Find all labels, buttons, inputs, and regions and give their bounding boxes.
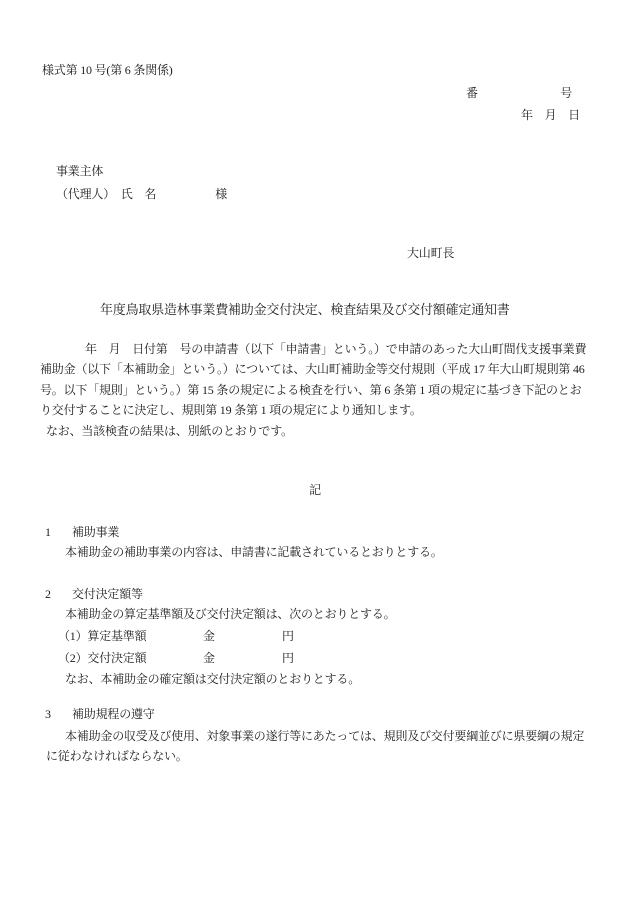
body-paragraph: 年 月 日付第 号の申請書（以下「申請書」という。）で申請のあった大山町間伐支援… <box>40 339 600 441</box>
amount-item-label: （1）算定基準額 <box>58 626 146 646</box>
amount-currency-prefix: 金 <box>203 626 215 646</box>
document-title: 年度鳥取県造林事業費補助金交付決定、検査結果及び交付額確定通知書 <box>100 302 510 318</box>
section-number: 2 <box>45 584 72 604</box>
document-number-unit: 号 <box>560 86 572 100</box>
section-compliance: 3補助規程の遵守 本補助金の収受及び使用、対象事業の遂行等にあたっては、規則及び… <box>40 704 610 766</box>
amount-currency-unit: 円 <box>282 626 294 646</box>
date-line: 年 月 日 <box>521 108 580 122</box>
amount-item-row: （2）交付決定額 金 円 <box>40 648 610 668</box>
document-number-line: 番 号 <box>466 86 572 100</box>
body-line: 補助金（以下「本補助金」という。）については、大山町補助金等交付規則（平成 17… <box>40 359 600 379</box>
sender-mayor: 大山町長 <box>407 246 454 260</box>
section-heading-label: 交付決定額等 <box>72 587 143 601</box>
ki-separator: 記 <box>0 482 630 498</box>
addressee-entity: 事業主体 <box>56 160 227 183</box>
section-body-line: に従わなければならない。 <box>40 746 610 766</box>
document-number-label: 番 <box>466 86 478 100</box>
body-line: 年 月 日付第 号の申請書（以下「申請書」という。）で申請のあった大山町間伐支援… <box>40 339 600 359</box>
section-body-line: 本補助金の収受及び使用、対象事業の遂行等にあたっては、規則及び交付要綱並びに県要… <box>40 726 610 746</box>
section-body-line: 本補助金の補助事業の内容は、申請書に記載されているとおりとする。 <box>40 542 610 562</box>
section-body-line: 本補助金の算定基準額及び交付決定額は、次のとおりとする。 <box>40 604 610 624</box>
section-heading: 2交付決定額等 <box>40 584 610 604</box>
form-number: 様式第 10 号(第 6 条関係) <box>42 62 173 78</box>
body-line: り交付することに決定し、規則第 19 条第 1 項の規定により通知します。 <box>40 400 600 420</box>
body-line: なお、当該検査の結果は、別紙のとおりです。 <box>40 421 600 441</box>
section-heading-label: 補助事業 <box>72 525 119 539</box>
amount-item-label: （2）交付決定額 <box>58 648 146 668</box>
section-heading: 1補助事業 <box>40 522 610 542</box>
addressee-block: 事業主体 （代理人） 氏 名 様 <box>56 160 227 206</box>
amount-currency-prefix: 金 <box>203 648 215 668</box>
section-number: 3 <box>45 704 72 724</box>
section-heading: 3補助規程の遵守 <box>40 704 610 724</box>
section-subsidy-project: 1補助事業 本補助金の補助事業の内容は、申請書に記載されているとおりとする。 <box>40 522 610 562</box>
section-note-line: なお、本補助金の確定額は交付決定額のとおりとする。 <box>40 669 610 689</box>
document-page: 様式第 10 号(第 6 条関係) 番 号 年 月 日 事業主体 （代理人） 氏… <box>0 0 630 903</box>
amount-item-row: （1）算定基準額 金 円 <box>40 626 610 646</box>
body-line: 号。以下「規則」という。）第 15 条の規定による検査を行い、第 6 条第 1 … <box>40 380 600 400</box>
amount-currency-unit: 円 <box>282 648 294 668</box>
section-grant-decision-amount: 2交付決定額等 本補助金の算定基準額及び交付決定額は、次のとおりとする。 （1）… <box>40 584 610 689</box>
section-number: 1 <box>45 522 72 542</box>
section-heading-label: 補助規程の遵守 <box>72 707 155 721</box>
addressee-agent-name: （代理人） 氏 名 様 <box>56 183 227 206</box>
